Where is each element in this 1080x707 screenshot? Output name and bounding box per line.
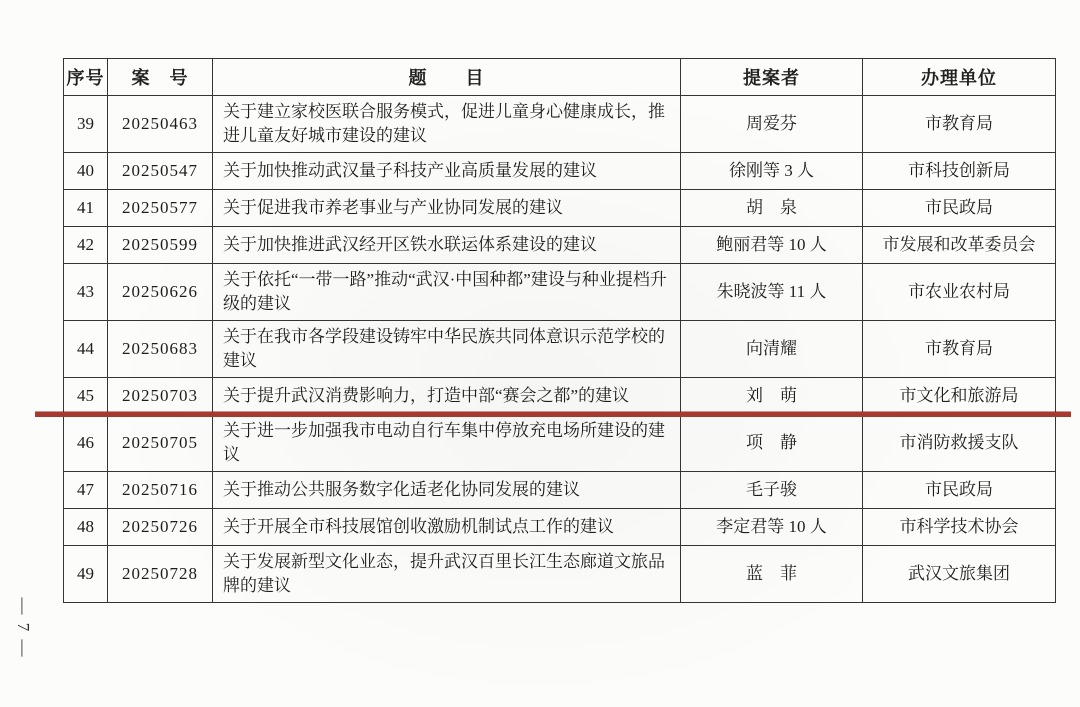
case-number-cell: 20250728	[108, 546, 213, 603]
title-cell: 关于发展新型文化业态，提升武汉百里长江生态廊道文旅品牌的建议	[213, 546, 681, 603]
table-row: 4020250547关于加快推动武汉量子科技产业高质量发展的建议徐刚等 3 人市…	[64, 153, 1056, 190]
proposer-cell: 周爱芬	[681, 96, 863, 153]
index-cell: 48	[64, 509, 108, 546]
table-body: 3920250463关于建立家校医联合服务模式，促进儿童身心健康成长，推进儿童友…	[64, 96, 1056, 603]
case-number-cell: 20250683	[108, 321, 213, 378]
table-row: 4120250577关于促进我市养老事业与产业协同发展的建议胡 泉市民政局	[64, 190, 1056, 227]
title-cell: 关于建立家校医联合服务模式，促进儿童身心健康成长，推进儿童友好城市建设的建议	[213, 96, 681, 153]
table-row: 4520250703关于提升武汉消费影响力，打造中部“赛会之都”的建议刘 萌市文…	[64, 378, 1056, 415]
handler-unit-cell: 市文化和旅游局	[863, 378, 1056, 415]
header-handler-unit: 办理单位	[863, 59, 1056, 96]
table-row: 4420250683关于在我市各学段建设铸牢中华民族共同体意识示范学校的建议向清…	[64, 321, 1056, 378]
title-cell: 关于加快推进武汉经开区铁水联运体系建设的建议	[213, 227, 681, 264]
handler-unit-cell: 市教育局	[863, 96, 1056, 153]
handler-unit-cell: 市科技创新局	[863, 153, 1056, 190]
index-cell: 43	[64, 264, 108, 321]
case-number-cell: 20250599	[108, 227, 213, 264]
header-title: 题 目	[213, 59, 681, 96]
index-cell: 39	[64, 96, 108, 153]
proposer-cell: 蓝 菲	[681, 546, 863, 603]
table-row: 4620250705关于进一步加强我市电动自行车集中停放充电场所建设的建议项 静…	[64, 415, 1056, 472]
proposer-cell: 鲍丽君等 10 人	[681, 227, 863, 264]
red-divider-line	[35, 412, 1071, 417]
case-number-cell: 20250577	[108, 190, 213, 227]
proposer-cell: 朱晓波等 11 人	[681, 264, 863, 321]
title-cell: 关于开展全市科技展馆创收激励机制试点工作的建议	[213, 509, 681, 546]
title-cell: 关于在我市各学段建设铸牢中华民族共同体意识示范学校的建议	[213, 321, 681, 378]
proposer-cell: 项 静	[681, 415, 863, 472]
proposer-cell: 刘 萌	[681, 378, 863, 415]
case-number-cell: 20250703	[108, 378, 213, 415]
handler-unit-cell: 市发展和改革委员会	[863, 227, 1056, 264]
handler-unit-cell: 市教育局	[863, 321, 1056, 378]
header-index: 序号	[64, 59, 108, 96]
title-cell: 关于推动公共服务数字化适老化协同发展的建议	[213, 472, 681, 509]
title-cell: 关于进一步加强我市电动自行车集中停放充电场所建设的建议	[213, 415, 681, 472]
title-cell: 关于促进我市养老事业与产业协同发展的建议	[213, 190, 681, 227]
scanned-document-page: — 7 — 序号 案 号 题 目 提案者 办理单位 3920250463关于建立…	[0, 0, 1080, 707]
case-number-cell: 20250726	[108, 509, 213, 546]
handler-unit-cell: 武汉文旅集团	[863, 546, 1056, 603]
case-number-cell: 20250716	[108, 472, 213, 509]
header-proposer: 提案者	[681, 59, 863, 96]
header-case-number: 案 号	[108, 59, 213, 96]
case-number-cell: 20250547	[108, 153, 213, 190]
table-row: 4920250728关于发展新型文化业态，提升武汉百里长江生态廊道文旅品牌的建议…	[64, 546, 1056, 603]
index-cell: 49	[64, 546, 108, 603]
table-row: 4320250626关于依托“一带一路”推动“武汉·中国种都”建设与种业提档升级…	[64, 264, 1056, 321]
table-row: 3920250463关于建立家校医联合服务模式，促进儿童身心健康成长，推进儿童友…	[64, 96, 1056, 153]
proposer-cell: 毛子骏	[681, 472, 863, 509]
title-cell: 关于提升武汉消费影响力，打造中部“赛会之都”的建议	[213, 378, 681, 415]
table-row: 4220250599关于加快推进武汉经开区铁水联运体系建设的建议鲍丽君等 10 …	[64, 227, 1056, 264]
header-row: 序号 案 号 题 目 提案者 办理单位	[64, 59, 1056, 96]
proposer-cell: 向清耀	[681, 321, 863, 378]
handler-unit-cell: 市消防救援支队	[863, 415, 1056, 472]
proposals-table: 序号 案 号 题 目 提案者 办理单位 3920250463关于建立家校医联合服…	[63, 58, 1056, 603]
index-cell: 47	[64, 472, 108, 509]
proposer-cell: 胡 泉	[681, 190, 863, 227]
title-cell: 关于加快推动武汉量子科技产业高质量发展的建议	[213, 153, 681, 190]
index-cell: 42	[64, 227, 108, 264]
case-number-cell: 20250463	[108, 96, 213, 153]
page-number: — 7 —	[13, 583, 33, 673]
handler-unit-cell: 市民政局	[863, 472, 1056, 509]
handler-unit-cell: 市农业农村局	[863, 264, 1056, 321]
index-cell: 46	[64, 415, 108, 472]
handler-unit-cell: 市科学技术协会	[863, 509, 1056, 546]
case-number-cell: 20250626	[108, 264, 213, 321]
table-row: 4720250716关于推动公共服务数字化适老化协同发展的建议毛子骏市民政局	[64, 472, 1056, 509]
table-row: 4820250726关于开展全市科技展馆创收激励机制试点工作的建议李定君等 10…	[64, 509, 1056, 546]
title-cell: 关于依托“一带一路”推动“武汉·中国种都”建设与种业提档升级的建议	[213, 264, 681, 321]
proposer-cell: 徐刚等 3 人	[681, 153, 863, 190]
handler-unit-cell: 市民政局	[863, 190, 1056, 227]
index-cell: 44	[64, 321, 108, 378]
proposer-cell: 李定君等 10 人	[681, 509, 863, 546]
index-cell: 41	[64, 190, 108, 227]
index-cell: 45	[64, 378, 108, 415]
index-cell: 40	[64, 153, 108, 190]
case-number-cell: 20250705	[108, 415, 213, 472]
